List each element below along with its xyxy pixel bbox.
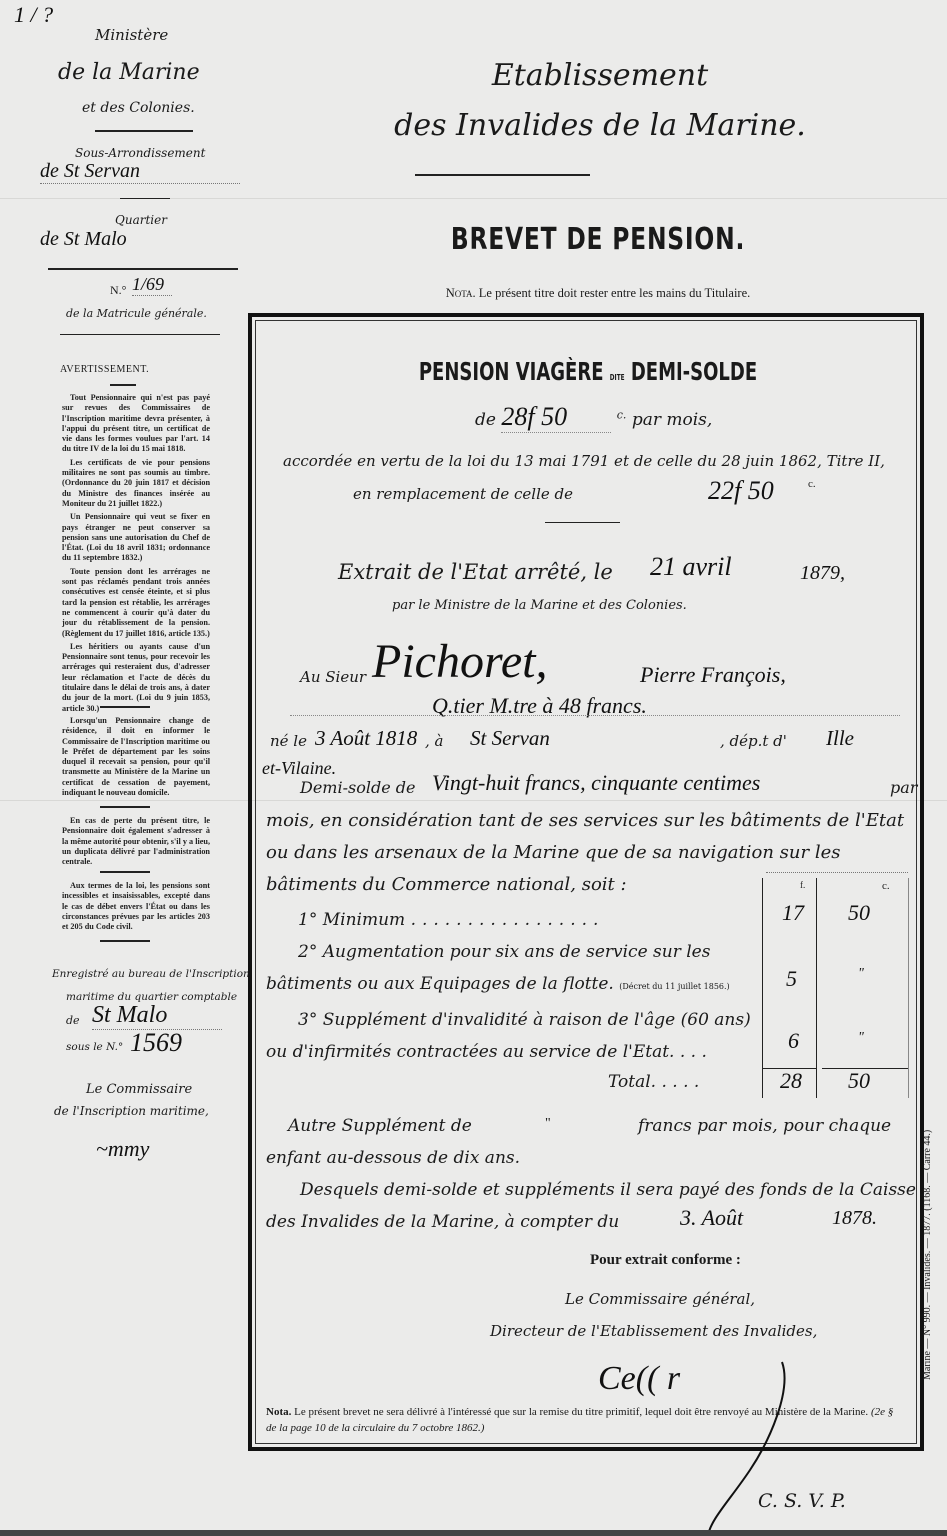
registration-de-label: de	[66, 1014, 80, 1027]
avertissement-paragraph: Les héritiers ou ayants cause d'un Pensi…	[62, 642, 210, 714]
avertissement-paragraph: Toute pension dont les arrérages ne sont…	[62, 567, 210, 639]
total-centimes: 50	[848, 1068, 870, 1094]
dept-value: Ille	[826, 726, 854, 751]
registration-quartier-value: St Malo	[92, 1002, 222, 1030]
par-label: par	[890, 778, 917, 797]
initials-cspv: C. S. V. P.	[758, 1490, 846, 1512]
avertissement-paragraph: En cas de perte du présent titre, le Pen…	[62, 816, 210, 867]
avertissement-paragraph: Tout Pensionnaire qui n'est pas payé sur…	[62, 393, 210, 455]
ornament-divider	[415, 174, 590, 176]
item-number: 2°	[298, 942, 317, 962]
item-3-centimes: "	[858, 1030, 864, 1046]
nota-top: Nota. Le présent titre doit rester entre…	[258, 286, 938, 301]
ministry-line-3: et des Colonies.	[82, 100, 195, 116]
enfant-line: enfant au-dessous de dix ans.	[266, 1148, 520, 1168]
nota-bottom: Nota. Le présent brevet ne sera délivré …	[266, 1404, 906, 1436]
replacement-label: en remplacement de celle de	[353, 485, 573, 503]
table-rule	[766, 872, 908, 874]
matricule-label: de la Matricule générale.	[66, 307, 207, 320]
divider	[100, 871, 150, 873]
commissaire-general-label: Le Commissaire général,	[565, 1290, 755, 1308]
a-label: , à	[425, 732, 443, 750]
item-2-centimes: "	[858, 966, 864, 982]
nota-bottom-label: Nota.	[266, 1406, 291, 1418]
establishment-title-line-1: Etablissement	[260, 58, 940, 93]
pension-title-dite: DITE	[610, 373, 625, 382]
autre-label: Autre Supplément de	[288, 1116, 472, 1136]
item-3-cont: ou d'infirmités contractées au service d…	[266, 1042, 707, 1062]
commerce-line: bâtiments du Commerce national, soit :	[266, 874, 627, 895]
scan-bottom-edge	[0, 1530, 947, 1536]
avertissement-paragraph: Aux termes de la loi, les pensions sont …	[62, 881, 210, 932]
divider	[100, 806, 150, 808]
sous-arrondissement-value: de St Servan	[40, 160, 240, 184]
pension-title-part-2: DEMI-SOLDE	[631, 357, 757, 386]
decret-note: (Décret du 11 juillet 1856.)	[619, 982, 729, 991]
ministre-line: par le Ministre de la Marine et des Colo…	[392, 598, 687, 613]
divider	[100, 940, 150, 942]
item-2: 2° Augmentation pour six ans de service …	[298, 942, 710, 962]
directeur-label: Directeur de l'Etablissement des Invalid…	[490, 1322, 817, 1340]
registration-line-1: Enregistré au bureau de l'Inscription	[52, 968, 250, 980]
avertissement-block-1: Tout Pensionnaire qui n'est pas payé sur…	[62, 393, 210, 717]
ornament-divider	[48, 268, 238, 270]
dept-value-2: et-Vilaine.	[262, 758, 336, 779]
dept-label: , dép.t d'	[720, 732, 787, 750]
amounts-table: f. c. 17 50 5 " 6 " 28 50	[762, 878, 908, 1098]
avertissement-block-4: Aux termes de la loi, les pensions sont …	[62, 881, 210, 935]
extrait-label: Extrait de l'Etat arrêté, le	[338, 560, 613, 584]
registration-number-label: sous le N.°	[66, 1041, 123, 1053]
item-3-francs: 6	[788, 1028, 799, 1054]
arsenaux-line: ou dans les arsenaux de la Marine que de…	[266, 842, 840, 863]
replacement-c: c.	[808, 478, 816, 490]
pension-title: PENSION VIAGÈRE DITE DEMI-SOLDE	[343, 357, 833, 386]
commissaire-signature: ~mmy	[96, 1136, 149, 1162]
avertissement-block-3: En cas de perte du présent titre, le Pen…	[62, 816, 210, 870]
monthly-amount-value: 28f 50	[501, 402, 611, 433]
pension-title-part-1: PENSION VIAGÈRE	[419, 357, 604, 386]
item-label: Supplément d'invalidité à raison de l'âg…	[323, 1010, 751, 1030]
demi-solde-label: Demi-solde de	[300, 778, 415, 797]
de-label: de	[475, 410, 496, 430]
nota-bottom-text: Le présent brevet ne sera délivré à l'in…	[294, 1406, 868, 1418]
birth-date: 3 Août 1818	[315, 726, 417, 751]
matricule-prefix: N.°	[110, 283, 126, 298]
replacement-amount: 22f 50	[708, 476, 774, 506]
document-title: BREVET DE PENSION.	[333, 222, 863, 257]
avertissement-title: AVERTISSEMENT.	[60, 364, 149, 375]
divider	[60, 334, 220, 335]
item-number: 3°	[298, 1010, 317, 1030]
table-rule	[762, 878, 763, 1098]
divider	[110, 384, 136, 386]
autre-rest: francs par mois, pour chaque	[638, 1116, 891, 1136]
quartier-label: Quartier	[115, 213, 167, 227]
par-mois: par mois,	[632, 410, 712, 430]
nota-label: Nota.	[446, 286, 476, 300]
corner-mark: 1 / ?	[14, 2, 53, 28]
autre-value: "	[545, 1116, 551, 1132]
ministry-line-2: de la Marine	[58, 60, 200, 85]
item-label: Minimum	[323, 910, 405, 930]
commissaire-title: Le Commissaire	[86, 1082, 192, 1097]
avertissement-block-2: Lorsqu'un Pensionnaire change de résiden…	[62, 716, 210, 801]
commissaire-subtitle: de l'Inscription maritime,	[54, 1104, 209, 1118]
item-1-francs: 17	[782, 900, 804, 926]
dotted-rule	[290, 715, 900, 716]
item-label-2: bâtiments ou aux Equipages de la flotte.	[266, 974, 614, 994]
considering-line: mois, en considération tant de ses servi…	[266, 810, 904, 831]
avertissement-paragraph: Lorsqu'un Pensionnaire change de résiden…	[62, 716, 210, 798]
start-date: 3. Août	[680, 1205, 743, 1231]
item-3: 3° Supplément d'invalidité à raison de l…	[298, 1010, 751, 1030]
matricule-value: 1/69	[132, 274, 172, 296]
item-label: Augmentation pour six ans de service sur…	[323, 942, 711, 962]
registration-number-value: 1569	[130, 1028, 182, 1058]
item-2-cont: bâtiments ou aux Equipages de la flotte.…	[266, 974, 730, 994]
divider	[120, 198, 170, 199]
divider	[100, 706, 150, 708]
pour-extrait-label: Pour extrait conforme :	[590, 1252, 741, 1269]
extrait-year: 1879,	[800, 562, 845, 585]
birth-place: St Servan	[470, 726, 550, 751]
start-year: 1878.	[832, 1207, 877, 1230]
ornament-divider	[95, 130, 193, 132]
printer-mark: Marine — N° 990. — Invalides. — 1877. (1…	[920, 1040, 940, 1400]
divider	[545, 522, 620, 523]
invalides-line: des Invalides de la Marine, à compter du	[266, 1212, 619, 1232]
printer-mark-text: Marine — N° 990. — Invalides. — 1877. (1…	[922, 1130, 933, 1380]
quartier-value: de St Malo	[40, 228, 200, 251]
establishment-title-line-2: des Invalides de la Marine.	[260, 108, 940, 143]
monthly-amount-line: de 28f 50 c. par mois,	[475, 402, 712, 433]
amount-in-words: Vingt-huit francs, cinquante centimes	[432, 770, 760, 796]
table-rule	[908, 878, 909, 1098]
extrait-date: 21 avril	[650, 552, 732, 582]
item-1-centimes: 50	[848, 900, 870, 926]
col-header-francs: f.	[800, 880, 805, 890]
ministry-line-1: Ministère	[95, 26, 168, 44]
total-francs: 28	[780, 1068, 802, 1094]
col-header-centimes: c.	[882, 880, 890, 892]
desquels-line: Desquels demi-solde et suppléments il se…	[300, 1180, 916, 1200]
avertissement-paragraph: Les certificats de vie pour pensions mil…	[62, 458, 210, 509]
total-label: Total. . . . .	[608, 1072, 699, 1092]
nota-text: Le présent titre doit rester entre les m…	[479, 286, 750, 300]
beneficiary-given-names: Pierre François,	[640, 662, 786, 688]
table-rule	[816, 878, 817, 1098]
au-sieur-label: Au Sieur	[300, 668, 366, 686]
item-2-francs: 5	[786, 966, 797, 992]
item-number: 1°	[298, 910, 317, 930]
centimes-mark: c.	[617, 408, 627, 421]
beneficiary-surname: Pichoret,	[372, 634, 548, 689]
ne-le-label: né le	[270, 732, 307, 750]
item-1: 1° Minimum .................	[298, 910, 604, 930]
sous-arrondissement-label: Sous-Arrondissement	[75, 146, 205, 160]
law-line: accordée en vertu de la loi du 13 mai 17…	[283, 452, 885, 470]
director-signature: Ce(( r	[598, 1360, 680, 1398]
avertissement-paragraph: Un Pensionnaire qui veut se fixer en pay…	[62, 512, 210, 563]
